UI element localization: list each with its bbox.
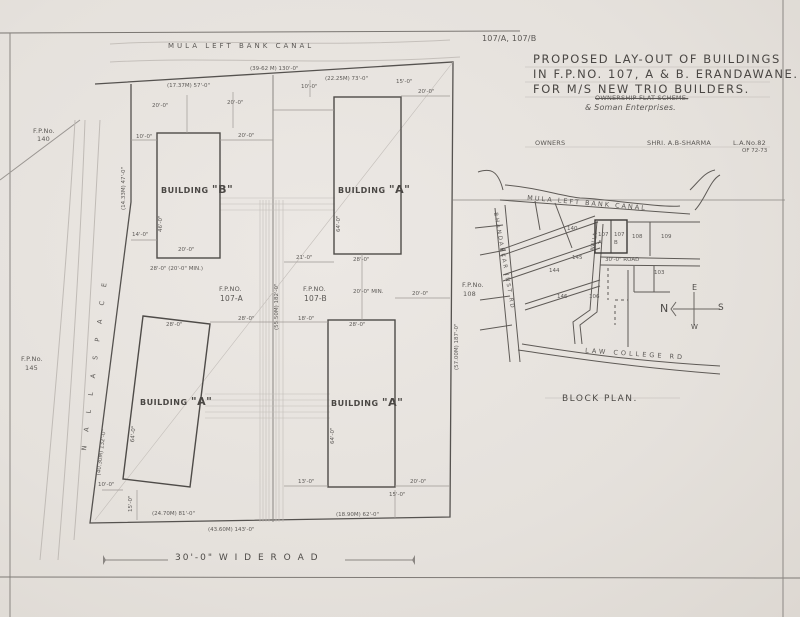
dim-right-side: (57.00M) 187'-0" [454,323,460,370]
block-plot-109: 109 [661,234,672,240]
la-year: OF 72-73 [742,148,767,154]
building-b-label: BUILDING "B" [161,183,233,196]
building-a-top-width: 28'-0" [353,257,370,263]
title-handwritten: & Soman Enterprises. [585,103,676,112]
block-plot-108: 108 [632,234,643,240]
dim-gap-20-bottom: 20'-0" [410,479,427,485]
compass-west: W [691,323,699,331]
compass-north: N [660,302,669,315]
dim-top-total: (39-62 M) 130'-0" [250,66,299,72]
dim-gap-28: 28'-0" [238,316,255,322]
building-a-right-label: BUILDING "A" [331,396,403,409]
dim-setback-10: 10'-0" [301,84,318,90]
block-plot-106: 106 [589,294,600,300]
fp145-label: F.P.No. [21,355,43,363]
fp108-number: 108 [463,290,476,298]
block-plot-107a: 107 A [598,231,608,247]
building-b-height: 46'-0" [158,215,164,232]
fp140-label: F.P.No. [33,127,55,135]
drawing-ref: 107/A, 107/B [482,34,536,43]
compass-east: E [692,283,698,292]
building-a-right-height: 64'-0" [330,427,336,444]
block-plot-103: 103 [654,270,665,276]
road-label: 30'-0" W I D E R O A D [175,553,320,563]
dim-b-left-14: 14'-0" [132,232,149,238]
dim-bottom-left: (24.70M) 81'-0" [152,511,195,517]
canal-label: MULA LEFT BANK CANAL [168,42,314,50]
dim-gap-18: 18'-0" [298,316,315,322]
fp140-number: 140 [37,135,50,143]
building-b-width: 20'-0" [178,247,195,253]
building-a-right-width: 28'-0" [349,322,366,328]
dim-gap-28-20min: 28'-0" (20'-0" MIN.) [150,266,203,272]
dim-setback-20-mid: 20'-0" [227,100,244,106]
block-plot-140: 140 [567,226,578,232]
drawing-sheet: 107/A, 107/B PROPOSED LAY-OUT OF BUILDIN… [0,0,800,617]
dim-gap-13: 13'-0" [298,479,315,485]
compass-south: S [718,303,725,313]
title-line-1: PROPOSED LAY-OUT OF BUILDINGS [533,52,781,67]
dim-gap-20min: 20'-0" MIN. [353,289,384,295]
dim-setback-20-right: 20'-0" [418,89,435,95]
owners-value: SHRI. A.B-SHARMA [647,139,711,147]
block-road-30-label: 30'-0" ROAD [605,257,639,263]
dim-bottom-15-right: 15'-0" [389,492,406,498]
dim-middle-divider: (55.50M) 182'-0" [274,283,280,330]
fp145-number: 145 [25,364,38,372]
block-plot-144: 144 [549,268,560,274]
dim-gap-21: 21'-0" [296,255,313,261]
dim-left-10b: 10'-0" [98,482,115,488]
building-a-left-width: 28'-0" [166,322,183,328]
block-plan-title: BLOCK PLAN. [562,394,638,404]
block-plot-145: 145 [572,255,583,261]
dim-gap-20-top: 20'-0" [238,133,255,139]
dim-gap-20-right: 20'-0" [412,291,429,297]
dim-bottom-right: (18.90M) 62'-0" [336,512,379,518]
dim-bottom-total: (43.60M) 143'-0" [208,527,255,533]
title-struck-line: OWNERSHIP FLAT SCHEME. [595,94,688,102]
block-plot-107b: 107 B [614,231,624,247]
building-a-top-height: 64'-0" [336,215,342,232]
fp107b-label: F.P.NO. [303,285,326,293]
dim-setback-15-top: 15'-0" [396,79,413,85]
fp107b-number: 107-B [304,294,327,303]
dim-b-left-10: 10'-0" [136,134,153,140]
fp107a-label: F.P.NO. [219,285,242,293]
dim-setback-20-left: 20'-0" [152,103,169,109]
building-a-left-label: BUILDING "A" [140,395,212,408]
title-line-2: IN F.P.NO. 107, A & B. ERANDAWANE. [533,67,799,82]
owners-label: OWNERS [535,139,565,147]
dim-top-left: (17.37M) 57'-0" [167,83,210,89]
building-a-top-label: BUILDING "A" [338,183,410,196]
dim-bottom-15-left: 15'-0" [128,495,134,512]
dim-top-right: (22.25M) 73'-0" [325,76,368,82]
block-plot-146: 146 [557,294,568,300]
fp107a-number: 107-A [220,294,243,303]
dim-left-upper: (14.33M) 47'-0" [121,167,127,210]
la-number: L.A.No.82 [733,139,766,147]
